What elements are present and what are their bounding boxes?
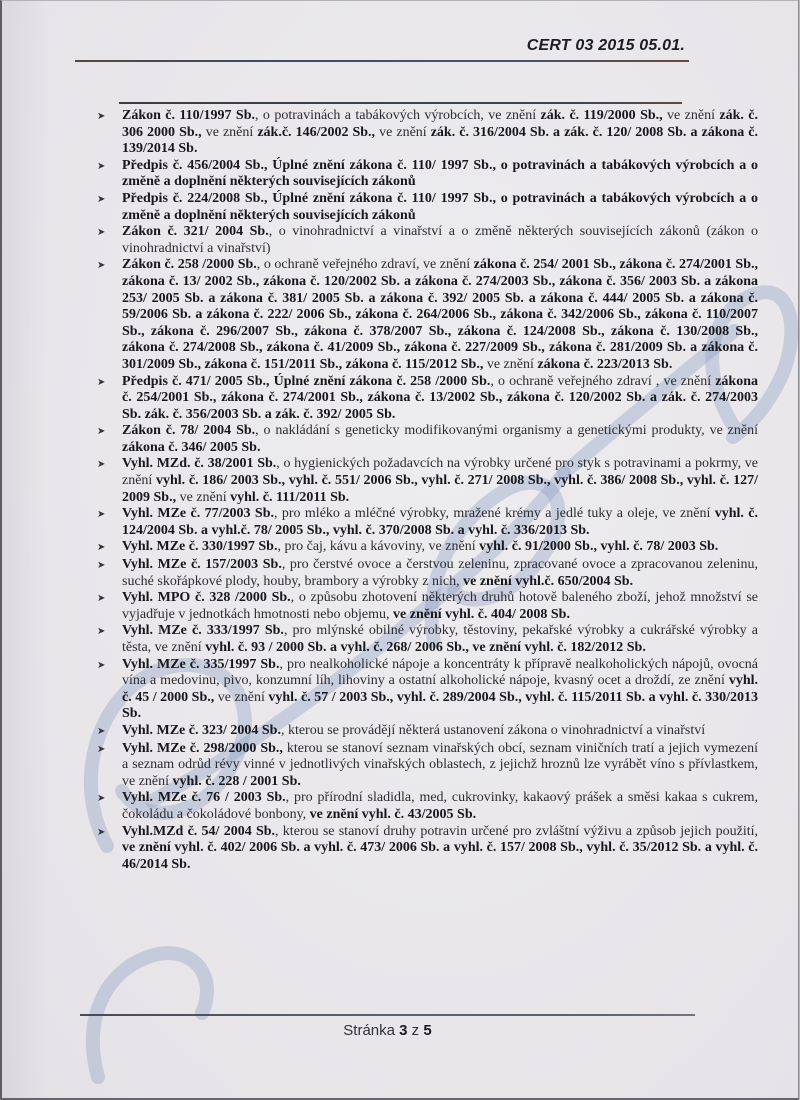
- citation-reference: zákona č. 254/ 2001 Sb., zákona č. 274/2…: [122, 257, 758, 372]
- scanned-document-page: CERT 03 2015 05.01. ➤Zákon č. 110/1997 S…: [0, 0, 799, 1100]
- list-item: ➤Předpis č. 471/ 2005 Sb., Úplné znění z…: [97, 374, 758, 424]
- item-text: Vyhl. MZe č. 323/ 2004 Sb., kterou se pr…: [122, 723, 758, 740]
- list-item: ➤Předpis č. 224/2008 Sb., Úplné znění zá…: [97, 191, 758, 224]
- citation-text: , o ochraně veřejného zdraví, ve znění: [257, 257, 474, 272]
- citation-reference: Předpis č. 456/2004 Sb., Úplné znění zák…: [122, 158, 758, 190]
- arrow-bullet-icon: ➤: [97, 257, 122, 275]
- item-text: Vyhl. MZd. č. 38/2001 Sb., o hygienickýc…: [122, 456, 758, 506]
- list-item: ➤Zákon č. 110/1997 Sb., o potravinách a …: [97, 108, 758, 158]
- citation-reference: Vyhl. MZe č. 323/ 2004 Sb.: [122, 723, 281, 738]
- citation-reference: 5: [423, 1022, 431, 1039]
- arrow-bullet-icon: ➤: [97, 191, 122, 209]
- citation-reference: zák.č. 146/2002 Sb.,: [257, 125, 375, 140]
- citation-reference: Vyhl. MZe č. 333/1997 Sb.: [122, 623, 284, 638]
- arrow-bullet-icon: ➤: [97, 423, 122, 441]
- list-item: ➤Vyhl. MZe č. 335/1997 Sb., pro nealkoho…: [97, 657, 758, 723]
- list-item: ➤Zákon č. 258 /2000 Sb., o ochraně veřej…: [97, 257, 758, 373]
- citation-reference: zákona č. 346/ 2005 Sb.: [122, 440, 260, 455]
- document-code: CERT 03 2015 05.01.: [527, 37, 685, 55]
- citation-reference: ve znění vyhl. č. 404/ 2008 Sb.: [393, 607, 570, 622]
- citation-reference: Vyhl. MZe č. 77/2003 Sb.: [122, 506, 274, 521]
- arrow-bullet-icon: ➤: [97, 657, 122, 675]
- list-item: ➤Zákon č. 78/ 2004 Sb., o nakládání s ge…: [97, 423, 758, 456]
- citation-reference: vyhl. č. 228 / 2001 Sb.: [173, 774, 301, 789]
- list-item: ➤Předpis č. 456/2004 Sb., Úplné znění zá…: [97, 158, 758, 191]
- citation-reference: Vyhl. MZe č. 330/1997 Sb.: [122, 539, 277, 554]
- citation-reference: Předpis č. 224/2008 Sb., Úplné znění zák…: [122, 191, 758, 223]
- list-item: ➤Vyhl. MPO č. 328 /2000 Sb., o způsobu z…: [97, 590, 758, 623]
- item-text: Předpis č. 224/2008 Sb., Úplné znění zák…: [122, 191, 758, 224]
- list-item: ➤Vyhl. MZe č. 298/2000 Sb., kterou se st…: [97, 741, 758, 791]
- citation-reference: Vyhl. MZe č. 157/2003 Sb.: [122, 557, 282, 572]
- arrow-bullet-icon: ➤: [97, 108, 122, 126]
- citation-reference: ve znění vyhl. č. 43/2005 Sb.: [310, 807, 476, 822]
- item-text: Zákon č. 110/1997 Sb., o potravinách a t…: [122, 108, 758, 158]
- item-text: Předpis č. 471/ 2005 Sb., Úplné znění zá…: [122, 374, 758, 424]
- citation-reference: Zákon č. 321/ 2004 Sb.: [122, 224, 269, 239]
- citation-reference: ve znění vyhl. č. 402/ 2006 Sb. a vyhl. …: [122, 840, 758, 872]
- item-text: Vyhl. MPO č. 328 /2000 Sb., o způsobu zh…: [122, 590, 758, 623]
- item-text: Vyhl.MZd č. 54/ 2004 Sb., kterou se stan…: [122, 824, 758, 874]
- list-item: ➤Vyhl. MZe č. 76 / 2003 Sb., pro přírodn…: [97, 790, 758, 823]
- citation-reference: vyhl. č. 93 / 2000 Sb. a vyhl. č. 268/ 2…: [205, 640, 646, 655]
- footer-rule: [80, 1014, 695, 1016]
- citation-reference: Vyhl. MZe č. 76 / 2003 Sb.: [122, 790, 286, 805]
- item-text: Vyhl. MZe č. 330/1997 Sb., pro čaj, kávu…: [122, 539, 758, 556]
- citation-text: , kterou se stanoví druhy potravin určen…: [275, 824, 758, 839]
- citation-reference: Předpis č. 471/ 2005 Sb., Úplné znění zá…: [122, 374, 490, 389]
- arrow-bullet-icon: ➤: [97, 790, 122, 808]
- citation-reference: Vyhl. MZe č. 335/1997 Sb.: [122, 657, 279, 672]
- citation-text: ve znění: [375, 125, 431, 140]
- citation-reference: Vyhl.MZd č. 54/ 2004 Sb.: [122, 824, 275, 839]
- citation-text: z: [408, 1022, 424, 1039]
- citation-text: , kterou se provádějí některá ustanovení…: [281, 723, 705, 738]
- arrow-bullet-icon: ➤: [97, 539, 122, 557]
- arrow-bullet-icon: ➤: [97, 506, 122, 524]
- item-text: Vyhl. MZe č. 157/2003 Sb., pro čerstvé o…: [122, 557, 758, 590]
- citation-reference: Zákon č. 258 /2000 Sb.: [122, 257, 257, 272]
- list-item: ➤Vyhl. MZd. č. 38/2001 Sb., o hygienický…: [97, 456, 758, 506]
- item-text: Vyhl. MZe č. 76 / 2003 Sb., pro přírodní…: [122, 790, 758, 823]
- arrow-bullet-icon: ➤: [97, 723, 122, 741]
- list-top-rule: [119, 102, 682, 104]
- citation-text: Stránka: [343, 1022, 399, 1039]
- citation-text: ve znění: [214, 690, 268, 705]
- citation-reference: zákona č. 223/2013 Sb.: [537, 357, 672, 372]
- law-list: ➤Zákon č. 110/1997 Sb., o potravinách a …: [97, 108, 758, 1012]
- footer-page-label: Stránka 3 z 5: [80, 1022, 695, 1039]
- list-item: ➤Vyhl. MZe č. 323/ 2004 Sb., kterou se p…: [97, 723, 758, 741]
- item-text: Vyhl. MZe č. 77/2003 Sb., pro mléko a ml…: [122, 506, 758, 539]
- citation-reference: zák. č. 119/2000 Sb.,: [541, 108, 663, 123]
- citation-reference: Zákon č. 78/ 2004 Sb.: [122, 423, 255, 438]
- citation-text: ve znění: [483, 357, 537, 372]
- arrow-bullet-icon: ➤: [97, 224, 122, 242]
- arrow-bullet-icon: ➤: [97, 374, 122, 392]
- item-text: Zákon č. 258 /2000 Sb., o ochraně veřejn…: [122, 257, 758, 373]
- citation-text: , o nakládání s geneticky modifikovanými…: [255, 423, 758, 438]
- list-item: ➤Vyhl. MZe č. 333/1997 Sb., pro mlýnské …: [97, 623, 758, 656]
- item-text: Zákon č. 321/ 2004 Sb., o vinohradnictví…: [122, 224, 758, 257]
- list-item: ➤Vyhl.MZd č. 54/ 2004 Sb., kterou se sta…: [97, 824, 758, 874]
- item-text: Zákon č. 78/ 2004 Sb., o nakládání s gen…: [122, 423, 758, 456]
- citation-text: , pro čaj, kávu a kávoviny, ve znění: [277, 539, 479, 554]
- arrow-bullet-icon: ➤: [97, 590, 122, 608]
- citation-text: , pro mléko a mléčné výrobky, mražené kr…: [274, 506, 715, 521]
- arrow-bullet-icon: ➤: [97, 158, 122, 176]
- citation-text: ve znění: [202, 125, 258, 140]
- citation-reference: vyhl. č. 91/2000 Sb., vyhl. č. 78/ 2003 …: [479, 539, 718, 554]
- citation-reference: Zákon č. 110/1997 Sb.: [122, 108, 255, 123]
- citation-text: , o ochraně veřejného zdraví , ve znění: [490, 374, 715, 389]
- citation-reference: Vyhl. MPO č. 328 /2000 Sb.: [122, 590, 291, 605]
- arrow-bullet-icon: ➤: [97, 623, 122, 641]
- item-text: Předpis č. 456/2004 Sb., Úplné znění zák…: [122, 158, 758, 191]
- citation-reference: 3: [399, 1022, 407, 1039]
- list-item: ➤Zákon č. 321/ 2004 Sb., o vinohradnictv…: [97, 224, 758, 257]
- item-text: Vyhl. MZe č. 333/1997 Sb., pro mlýnské o…: [122, 623, 758, 656]
- arrow-bullet-icon: ➤: [97, 557, 122, 575]
- citation-reference: ve znění vyhl.č. 650/2004 Sb.: [463, 574, 633, 589]
- arrow-bullet-icon: ➤: [97, 741, 122, 759]
- item-text: Vyhl. MZe č. 298/2000 Sb., kterou se sta…: [122, 741, 758, 791]
- citation-reference: Vyhl. MZd. č. 38/2001 Sb.: [122, 456, 276, 471]
- citation-text: ve znění: [663, 108, 720, 123]
- arrow-bullet-icon: ➤: [97, 456, 122, 474]
- citation-text: , o potravinách a tabákových výrobcích, …: [255, 108, 541, 123]
- list-item: ➤Vyhl. MZe č. 330/1997 Sb., pro čaj, káv…: [97, 539, 758, 557]
- header-rule: [75, 60, 689, 62]
- citation-reference: vyhl. č. 111/2011 Sb.: [230, 490, 349, 505]
- item-text: Vyhl. MZe č. 335/1997 Sb., pro nealkohol…: [122, 657, 758, 723]
- citation-text: ve znění: [176, 490, 230, 505]
- arrow-bullet-icon: ➤: [97, 824, 122, 842]
- citation-reference: Vyhl. MZe č. 298/2000 Sb.,: [122, 741, 283, 756]
- list-item: ➤Vyhl. MZe č. 157/2003 Sb., pro čerstvé …: [97, 557, 758, 590]
- list-item: ➤Vyhl. MZe č. 77/2003 Sb., pro mléko a m…: [97, 506, 758, 539]
